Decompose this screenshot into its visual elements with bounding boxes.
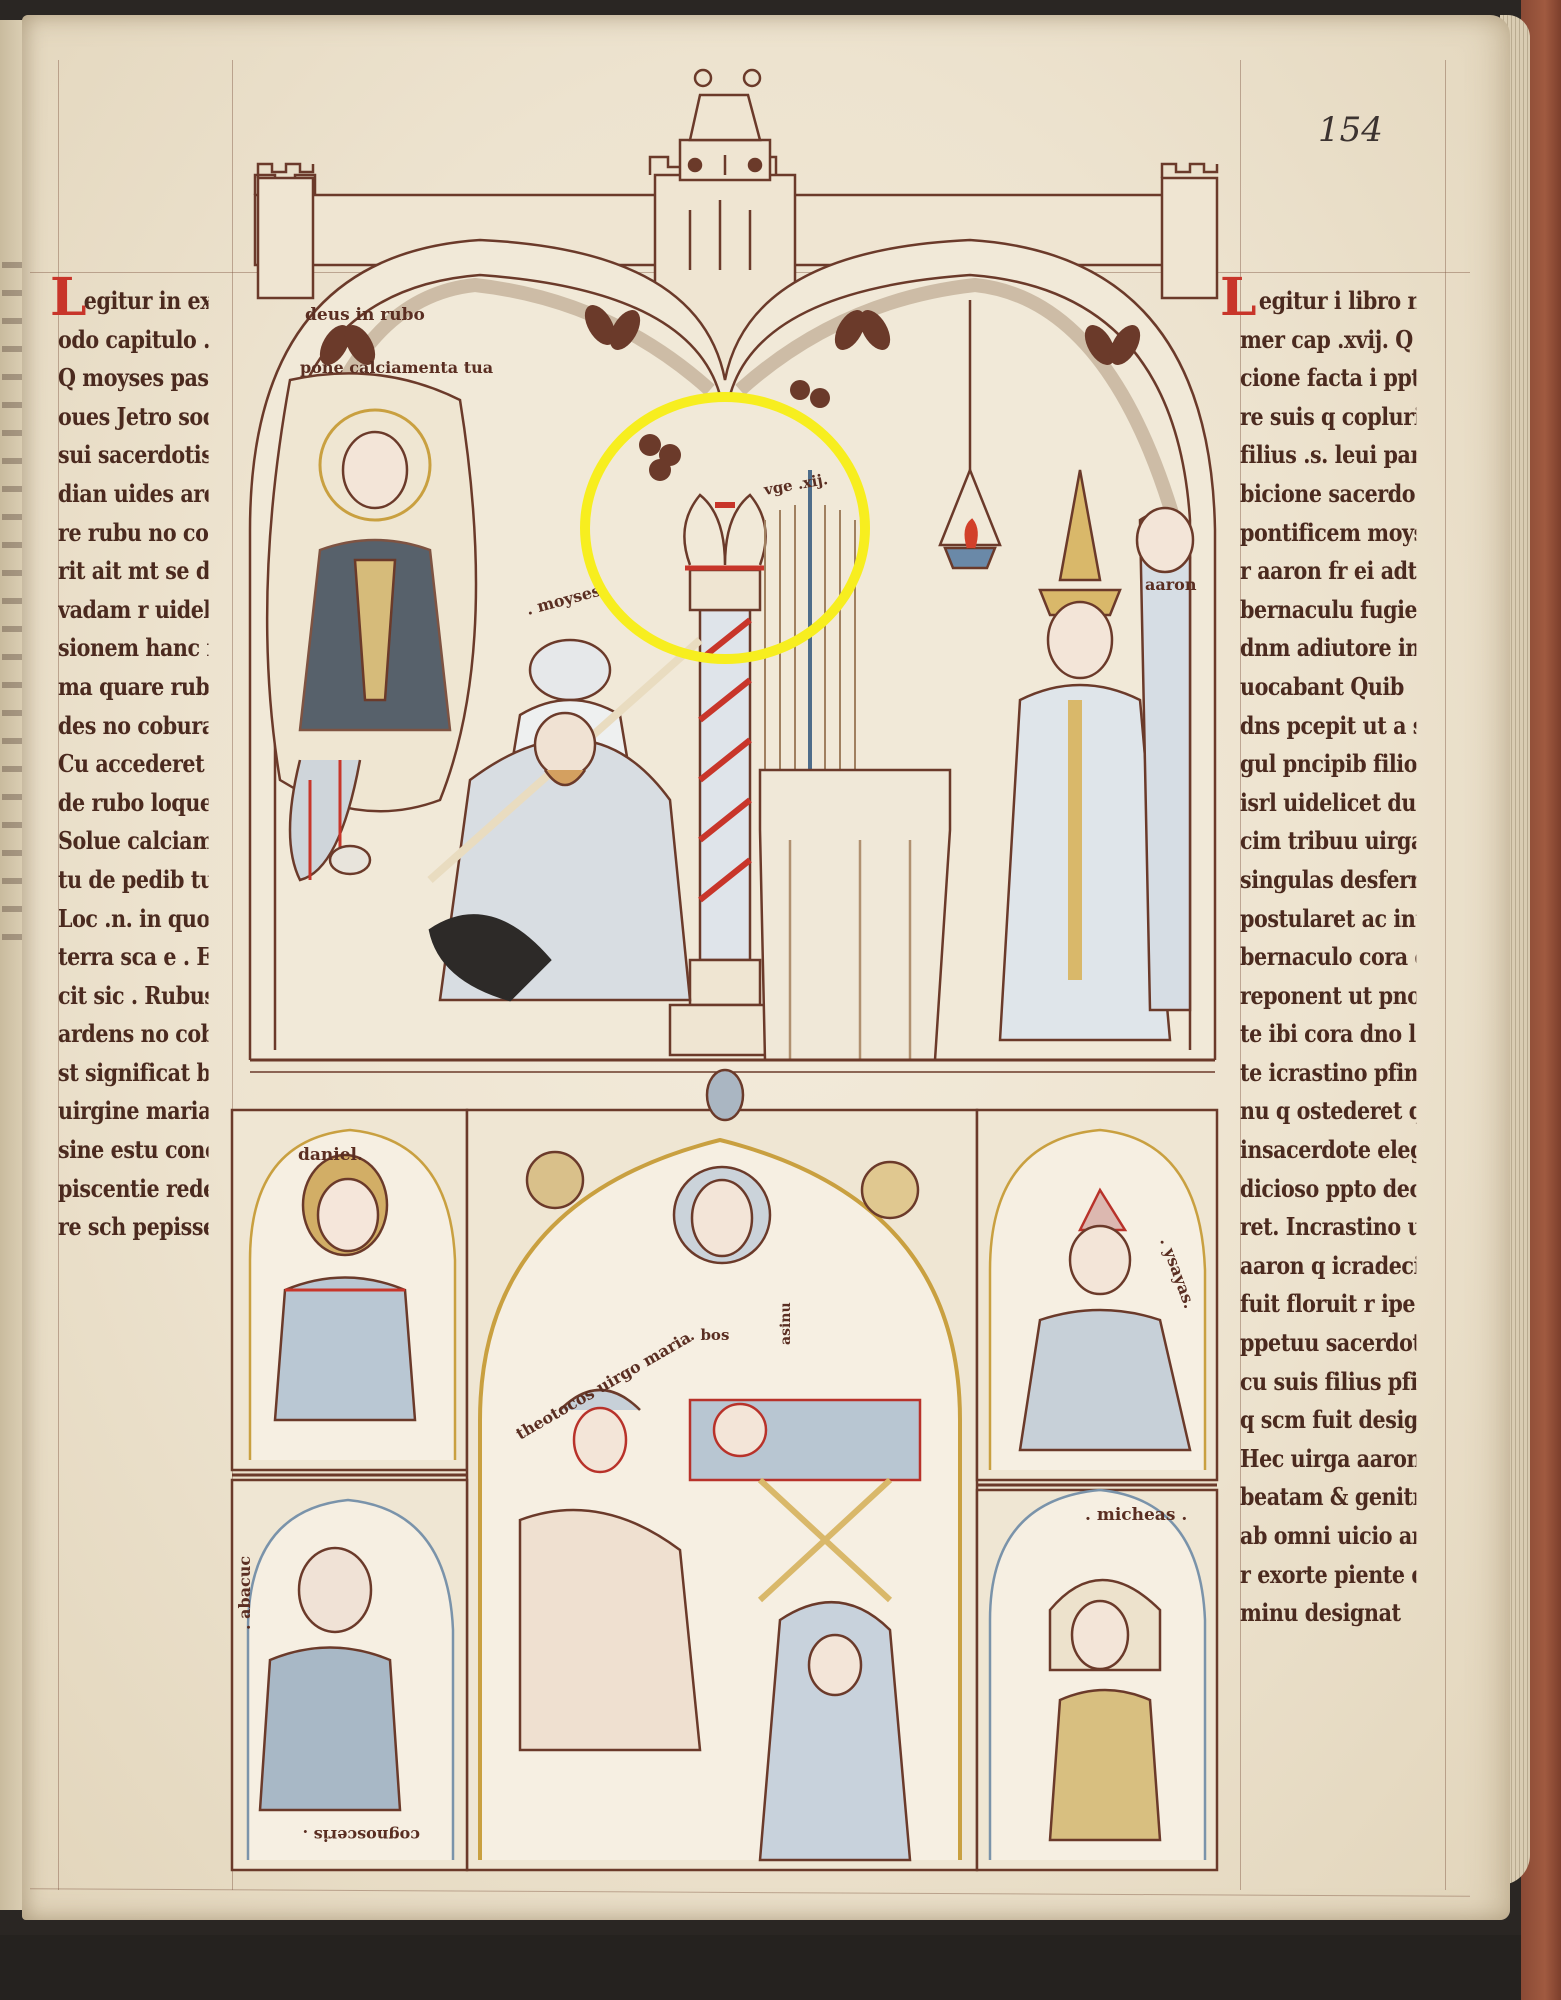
caption-abacuc-cap: cognosceris . (303, 1826, 421, 1845)
caption-daniel: daniel. (298, 1145, 363, 1165)
caption-deus-scroll: pone calciamenta tua (300, 358, 493, 377)
caption-deus: deus in rubo (305, 305, 425, 325)
caption-micheas: . micheas . (1085, 1505, 1187, 1525)
caption-bos: . bos (690, 1326, 729, 1344)
caption-asinus: asinu (778, 1302, 794, 1345)
highlight-circle-annotation (580, 392, 870, 664)
caption-aaron: aaron (1145, 575, 1197, 594)
micah-figure (1050, 1580, 1160, 1840)
illustration: deus in rubo pone calciamenta tua . moys… (0, 0, 1561, 2000)
caption-abacuc: . abacuc (235, 1556, 254, 1630)
altar (760, 770, 950, 1060)
